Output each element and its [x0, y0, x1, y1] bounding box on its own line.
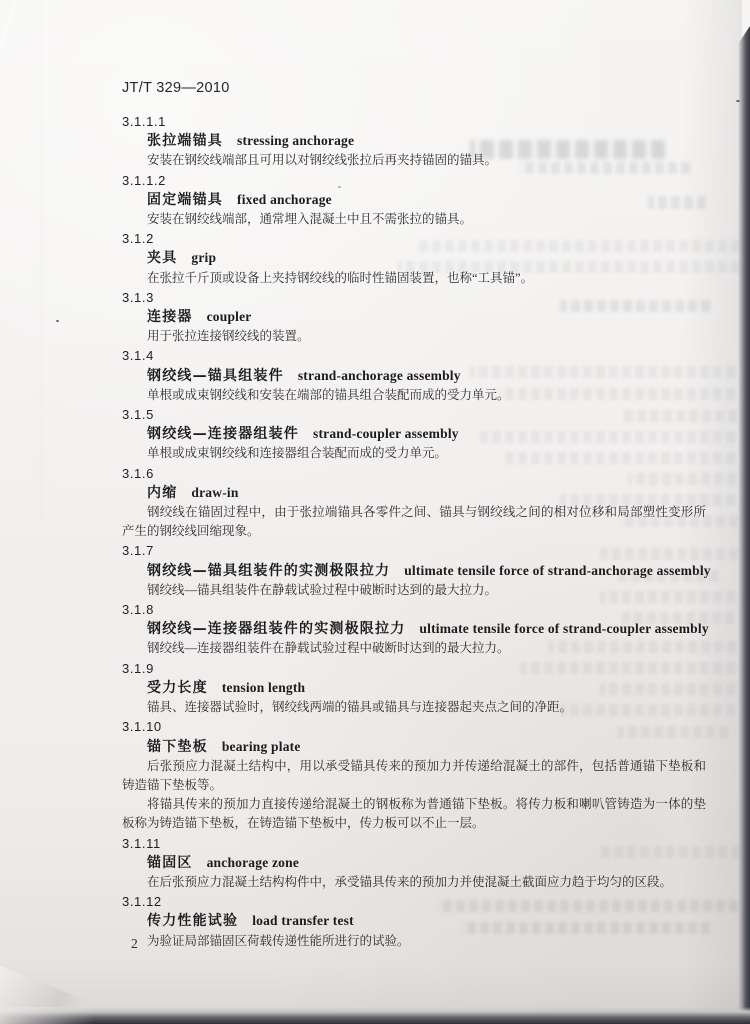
clause-number: 3.1.1.2: [122, 171, 706, 190]
scan-edge-fade: [0, 1007, 95, 1024]
term-en: grip: [191, 250, 216, 265]
definition-paragraph: 安装在钢绞线端部且可用以对钢绞线张拉后再夹持锚固的锚具。: [122, 151, 706, 170]
clause-number: 3.1.12: [122, 892, 706, 911]
term-en: anchorage zone: [207, 855, 299, 870]
definition-paragraph: 单根或成束钢绞线和安装在端部的锚具组合装配而成的受力单元。: [122, 386, 706, 405]
definition-paragraph: 安装在钢绞线端部，通常埋入混凝土中且不需张拉的锚具。: [122, 210, 706, 229]
term-line: 传力性能试验load transfer test: [122, 911, 706, 931]
definition-paragraph: 钢绞线—锚具组装件在静载试验过程中破断时达到的最大拉力。: [122, 581, 706, 600]
term-line: 张拉端锚具stressing anchorage: [122, 131, 706, 151]
term-line: 锚固区anchorage zone: [122, 853, 706, 873]
term-en: tension length: [222, 680, 305, 695]
clause-number: 3.1.2: [122, 229, 706, 248]
term-zh: 钢绞线—连接器组装件的实测极限拉力: [147, 621, 405, 637]
clause-3-1-3: 3.1.3 连接器coupler 用于张拉连接钢绞线的装置。: [122, 288, 706, 347]
term-line: 固定端锚具fixed anchorage: [122, 190, 706, 210]
definition-paragraph: 在张拉千斤顶或设备上夹持钢绞线的临时性锚固装置，也称“工具锚”。: [122, 269, 706, 288]
term-zh: 锚固区: [147, 855, 193, 871]
scan-edge-bottom: [0, 1007, 750, 1024]
definition-paragraph: 钢绞线在锚固过程中，由于张拉端锚具各零件之间、锚具与钢绞线之间的相对位移和局部塑…: [122, 503, 706, 541]
term-line: 钢绞线—连接器组装件的实测极限拉力ultimate tensile force …: [122, 619, 706, 639]
term-zh: 张拉端锚具: [147, 133, 223, 149]
page-header: JT/T 329—2010: [122, 80, 230, 96]
term-zh: 钢绞线—锚具组装件的实测极限拉力: [147, 563, 390, 579]
terminology-list: 3.1.1.1 张拉端锚具stressing anchorage 安装在钢绞线端…: [122, 112, 706, 951]
term-zh: 传力性能试验: [147, 913, 238, 929]
page-number: 2: [131, 936, 138, 952]
term-zh: 内缩: [147, 485, 177, 501]
clause-number: 3.1.4: [122, 346, 706, 365]
clause-3-1-2: 3.1.2 夹具grip 在张拉千斤顶或设备上夹持钢绞线的临时性锚固装置，也称“…: [122, 229, 706, 288]
definition-paragraph: 在后张预应力混凝土结构构件中，承受锚具传来的预加力并使混凝土截面应力趋于均匀的区…: [122, 873, 706, 892]
clause-3-1-5: 3.1.5 钢绞线—连接器组装件strand-coupler assembly …: [122, 405, 706, 464]
clause-3-1-1-1: 3.1.1.1 张拉端锚具stressing anchorage 安装在钢绞线端…: [122, 112, 706, 171]
clause-3-1-4: 3.1.4 钢绞线—锚具组装件strand-anchorage assembly…: [122, 346, 706, 405]
dust-speck: [338, 186, 341, 188]
clause-3-1-8: 3.1.8 钢绞线—连接器组装件的实测极限拉力ultimate tensile …: [122, 600, 706, 659]
clause-3-1-12: 3.1.12 传力性能试验load transfer test 为验证局部锚固区…: [122, 892, 706, 951]
clause-number: 3.1.8: [122, 600, 706, 619]
term-zh: 钢绞线—连接器组装件: [147, 426, 299, 442]
definition-paragraph: 将锚具传来的预加力直接传递给混凝土的钢板称为普通锚下垫板。将传力板和喇叭管铸造为…: [122, 795, 706, 833]
clause-3-1-10: 3.1.10 锚下垫板bearing plate 后张预应力混凝土结构中，用以承…: [122, 717, 706, 833]
dust-speck: [736, 100, 740, 102]
dust-speck: [56, 320, 59, 322]
term-en: stressing anchorage: [237, 133, 354, 148]
term-line: 锚下垫板bearing plate: [122, 737, 706, 757]
term-line: 内缩draw-in: [122, 483, 706, 503]
term-en: coupler: [207, 309, 252, 324]
term-line: 钢绞线—连接器组装件strand-coupler assembly: [122, 424, 706, 444]
definition-paragraph: 钢绞线—连接器组装件在静载试验过程中破断时达到的最大拉力。: [122, 639, 706, 658]
term-en: draw-in: [191, 485, 238, 500]
definition-paragraph: 单根或成束钢绞线和连接器组合装配而成的受力单元。: [122, 444, 706, 463]
term-en: strand-coupler assembly: [313, 426, 459, 441]
term-en: load transfer test: [252, 913, 354, 928]
definition-paragraph: 用于张拉连接钢绞线的装置。: [122, 327, 706, 346]
term-en: strand-anchorage assembly: [298, 368, 461, 383]
clause-3-1-7: 3.1.7 钢绞线—锚具组装件的实测极限拉力ultimate tensile f…: [122, 541, 706, 600]
definition-paragraph: 锚具、连接器试验时，钢绞线两端的锚具或锚具与连接器起夹点之间的净距。: [122, 698, 706, 717]
term-zh: 钢绞线—锚具组装件: [147, 368, 284, 384]
term-en: fixed anchorage: [237, 192, 332, 207]
clause-number: 3.1.5: [122, 405, 706, 424]
term-zh: 夹具: [147, 250, 177, 266]
clause-number: 3.1.11: [122, 834, 706, 853]
term-zh: 连接器: [147, 309, 193, 325]
term-line: 连接器coupler: [122, 307, 706, 327]
term-zh: 锚下垫板: [147, 739, 208, 755]
scanned-document-page: { "page": { "header": "JT/T 329—2010", "…: [0, 0, 750, 1024]
definition-paragraph: 后张预应力混凝土结构中，用以承受锚具传来的预加力并传递给混凝土的部件，包括普通锚…: [122, 757, 706, 795]
clause-number: 3.1.7: [122, 541, 706, 560]
clause-number: 3.1.1.1: [122, 112, 706, 131]
clause-number: 3.1.6: [122, 464, 706, 483]
clause-number: 3.1.3: [122, 288, 706, 307]
clause-3-1-1-2: 3.1.1.2 固定端锚具fixed anchorage 安装在钢绞线端部，通常…: [122, 171, 706, 230]
clause-3-1-11: 3.1.11 锚固区anchorage zone 在后张预应力混凝土结构构件中，…: [122, 834, 706, 893]
clause-3-1-9: 3.1.9 受力长度tension length 锚具、连接器试验时，钢绞线两端…: [122, 659, 706, 718]
term-line: 夹具grip: [122, 248, 706, 268]
term-line: 钢绞线—锚具组装件strand-anchorage assembly: [122, 366, 706, 386]
term-zh: 受力长度: [147, 680, 208, 696]
term-zh: 固定端锚具: [147, 192, 223, 208]
definition-paragraph: 为验证局部锚固区荷载传递性能所进行的试验。: [122, 932, 706, 951]
scan-edge-right: [738, 26, 750, 1024]
term-line: 受力长度tension length: [122, 678, 706, 698]
term-en: ultimate tensile force of strand-coupler…: [419, 621, 708, 636]
clause-number: 3.1.10: [122, 717, 706, 736]
term-en: bearing plate: [222, 739, 301, 754]
crease-line: [40, 0, 43, 520]
clause-number: 3.1.9: [122, 659, 706, 678]
clause-3-1-6: 3.1.6 内缩draw-in 钢绞线在锚固过程中，由于张拉端锚具各零件之间、锚…: [122, 464, 706, 542]
term-en: ultimate tensile force of strand-anchora…: [404, 563, 711, 578]
term-line: 钢绞线—锚具组装件的实测极限拉力ultimate tensile force o…: [122, 561, 706, 581]
